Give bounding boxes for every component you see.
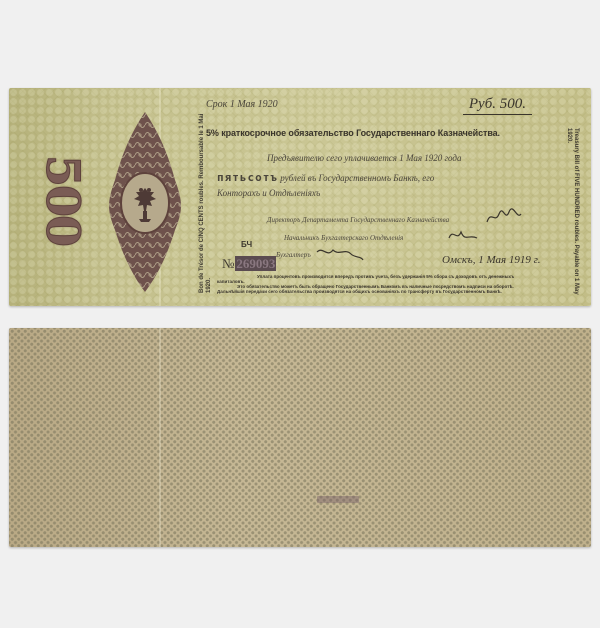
english-vertical-text: Treasury Bill of FIVE HUNDRED roubles. P… bbox=[565, 128, 579, 303]
fine-print-1: Уплата процентовъ производится впередъ п… bbox=[217, 274, 537, 284]
series-code: БЧ bbox=[241, 240, 252, 249]
denomination-text: 500 bbox=[36, 155, 90, 245]
signature-3-icon bbox=[315, 244, 365, 262]
body-line-2: пятьсотъ рублей въ Государственномъ Банк… bbox=[217, 171, 434, 184]
fold-line bbox=[159, 328, 161, 547]
french-vertical-text: Bon de Trésor de CINQ CENTS roubles. Rem… bbox=[199, 113, 213, 293]
amount-label: Руб. 500. bbox=[463, 96, 532, 115]
fine-print: Уплата процентовъ производится впередъ п… bbox=[217, 274, 537, 294]
note-title: 5% краткосрочное обязательство Государст… bbox=[206, 128, 500, 138]
serial-prefix: № bbox=[221, 256, 235, 271]
banknote-front: 500 Bon de Trésor de CINQ CENTS roubles.… bbox=[9, 88, 591, 306]
issue-date: Омскъ, 1 Мая 1919 г. bbox=[442, 254, 540, 266]
ornamental-medallion-icon bbox=[105, 110, 185, 294]
body-line-3: Конторахъ и Отдѣленiяхъ bbox=[217, 188, 320, 198]
signature-1-icon bbox=[485, 208, 525, 226]
denomination-numeral: 500 bbox=[35, 150, 91, 250]
signature-label-director: Директоръ Департамента Государственнаго … bbox=[267, 216, 449, 224]
maturity-date: Срок 1 Мая 1920 bbox=[206, 99, 278, 110]
signature-label-accountant: Бухгалтеръ bbox=[276, 251, 311, 259]
signature-2-icon bbox=[447, 228, 481, 244]
fine-print-2: Это обязательство можетъ быть обращено Г… bbox=[217, 284, 537, 294]
body-line-1: Предъявителю сего уплачивается 1 Мая 192… bbox=[267, 153, 462, 163]
body-line-2-rest: рублей въ Государственномъ Банкѣ, его bbox=[278, 173, 434, 183]
serial-number: №269093 bbox=[221, 256, 276, 272]
signature-label-accounting-head: Начальникъ Бухгалтерскаго Отдѣленiя bbox=[284, 234, 403, 242]
faded-stamp bbox=[317, 496, 359, 503]
serial-digits: 269093 bbox=[235, 256, 276, 271]
banknote-back bbox=[9, 328, 591, 547]
amount-in-words: пятьсотъ bbox=[217, 171, 278, 184]
